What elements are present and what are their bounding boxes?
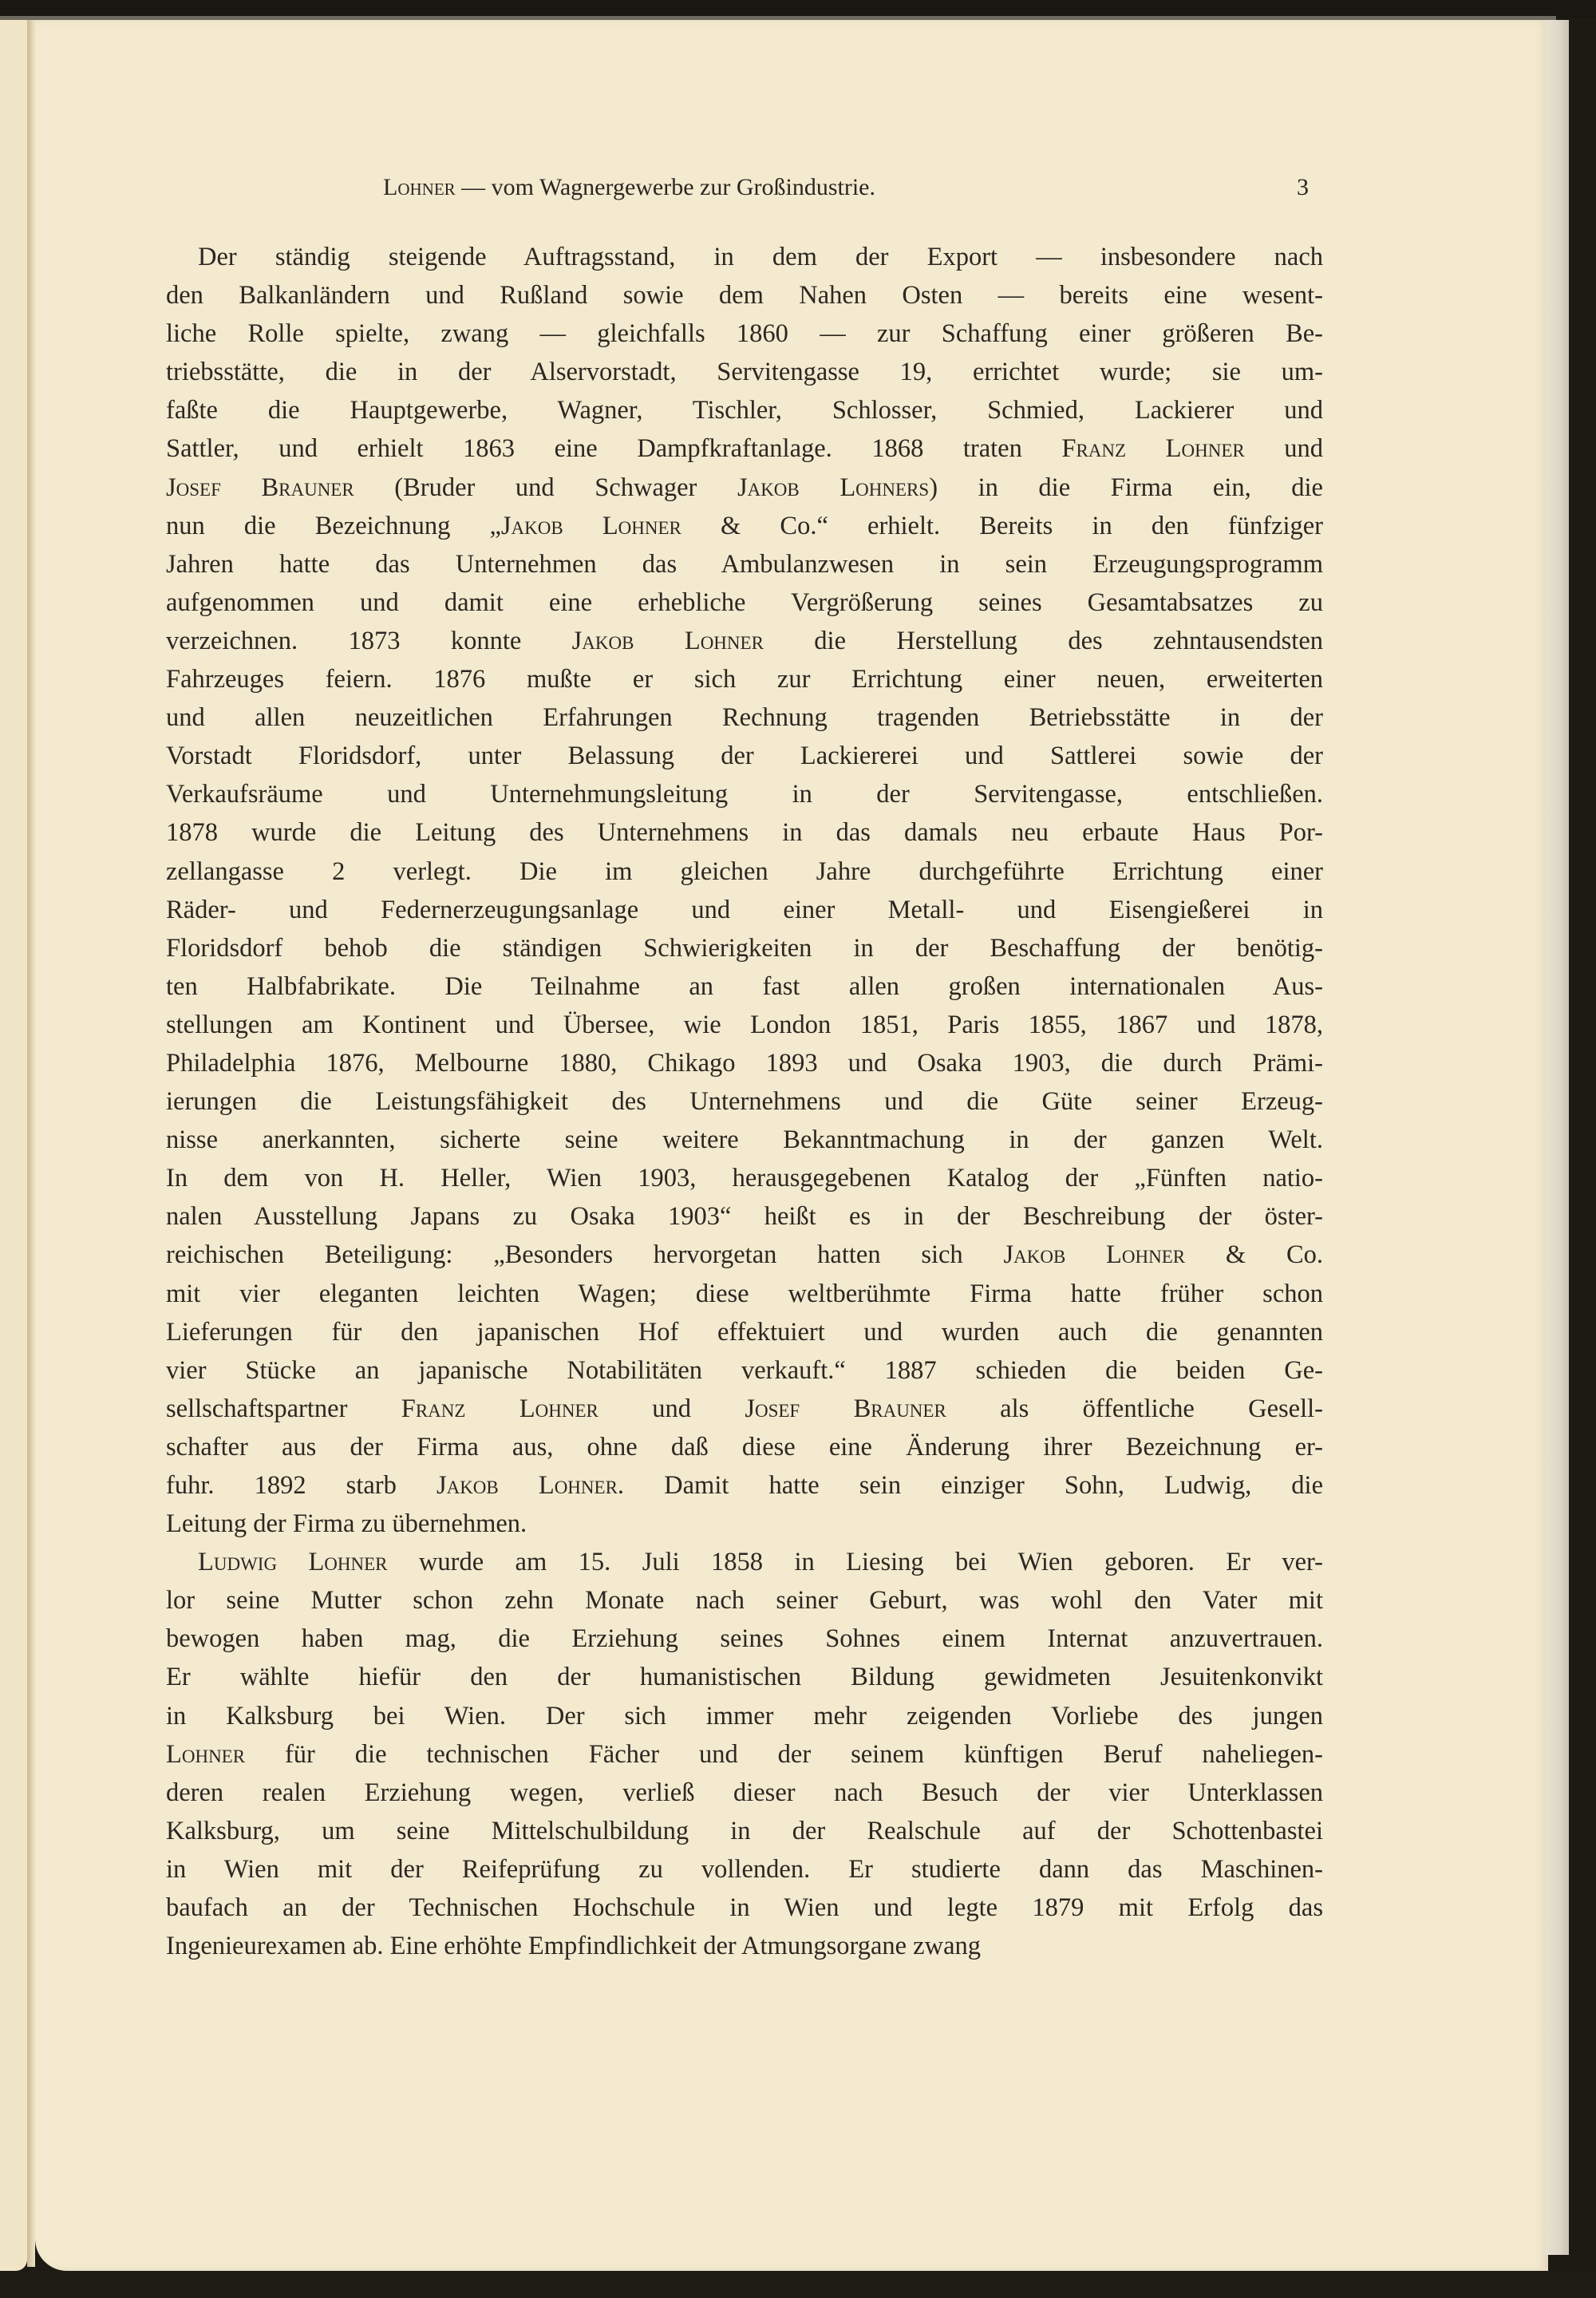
text-run: Lieferungen für den japanischen Hof effe…	[166, 1318, 1323, 1347]
text-run: Der ständig steigende Auftragsstand, in …	[198, 243, 1323, 271]
text-line: und allen neuzeitlichen Erfahrungen Rech…	[166, 698, 1323, 737]
page-number: 3	[1297, 174, 1309, 201]
body-text: Der ständig steigende Auftragsstand, in …	[166, 238, 1323, 1965]
text-line: sellschaftspartner Franz Lohner und Jose…	[166, 1390, 1323, 1428]
text-run: und	[598, 1394, 745, 1423]
text-line: Lieferungen für den japanischen Hof effe…	[166, 1313, 1323, 1351]
running-title: Lohner — vom Wagnergewerbe zur Großindus…	[383, 174, 875, 201]
text-run: Ingenieurexamen ab. Eine erhöhte Empfind…	[166, 1932, 981, 1960]
text-run: und allen neuzeitlichen Erfahrungen Rech…	[166, 703, 1323, 732]
text-run: deren realen Erziehung wegen, verließ di…	[166, 1778, 1323, 1807]
text-run: in Wien mit der Reifeprüfung zu vollende…	[166, 1855, 1323, 1884]
text-line: Der ständig steigende Auftragsstand, in …	[166, 238, 1323, 276]
small-caps-name: Jakob Lohners	[737, 473, 929, 502]
text-line: Sattler, und erhielt 1863 eine Dampfkraf…	[166, 429, 1323, 468]
text-line: Kalksburg, um seine Mittelschulbildung i…	[166, 1812, 1323, 1850]
text-line: 1878 wurde die Leitung des Unternehmens …	[166, 813, 1323, 852]
text-run: stellungen am Kontinent und Übersee, wie…	[166, 1011, 1323, 1039]
small-caps-name: Josef Brauner	[166, 473, 354, 502]
small-caps-name: Lohner	[166, 1740, 245, 1769]
running-title-name: Lohner	[383, 174, 456, 200]
small-caps-name: Josef Brauner	[745, 1394, 946, 1423]
small-caps-name: Franz Lohner	[401, 1394, 598, 1423]
text-line: ten Halbfabrikate. Die Teilnahme an fast…	[166, 967, 1323, 1006]
text-run: ten Halbfabrikate. Die Teilnahme an fast…	[166, 972, 1323, 1001]
text-line: Räder- und Federnerzeugungsanlage und ei…	[166, 891, 1323, 929]
text-run: liche Rolle spielte, zwang — gleichfalls…	[166, 319, 1323, 348]
text-run: 1878 wurde die Leitung des Unternehmens …	[166, 818, 1323, 847]
text-run: lor seine Mutter schon zehn Monate nach …	[166, 1586, 1323, 1615]
scanner-background-bottom	[0, 2271, 1596, 2298]
text-run: und	[1245, 434, 1323, 463]
text-run: Kalksburg, um seine Mittelschulbildung i…	[166, 1817, 1323, 1845]
text-run: nun die Bezeichnung „	[166, 512, 501, 540]
text-run: Vorstadt Floridsdorf, unter Belassung de…	[166, 742, 1323, 770]
scanner-background-top	[0, 0, 1596, 18]
text-run: Er wählte hiefür den der humanistischen …	[166, 1663, 1323, 1691]
text-line: Lohner für die technischen Fächer und de…	[166, 1735, 1323, 1774]
text-run: für die technischen Fächer und der seine…	[245, 1740, 1323, 1769]
text-line: in Kalksburg bei Wien. Der sich immer me…	[166, 1697, 1323, 1735]
text-line: reichischen Beteiligung: „Besonders herv…	[166, 1236, 1323, 1274]
text-line: Fahrzeuges feiern. 1876 mußte er sich zu…	[166, 660, 1323, 698]
text-run: ierungen die Leistungsfähigkeit des Unte…	[166, 1087, 1323, 1116]
text-run: & Co.	[1185, 1240, 1323, 1269]
text-line: Jahren hatte das Unternehmen das Ambulan…	[166, 545, 1323, 583]
text-line: baufach an der Technischen Hochschule in…	[166, 1889, 1323, 1927]
text-line: schafter aus der Firma aus, ohne daß die…	[166, 1428, 1323, 1466]
text-run: sellschaftspartner	[166, 1394, 401, 1423]
text-run: reichischen Beteiligung: „Besonders herv…	[166, 1240, 1003, 1269]
text-line: den Balkanländern und Rußland sowie dem …	[166, 276, 1323, 314]
small-caps-name: Franz Lohner	[1061, 434, 1244, 463]
text-run: (Bruder und Schwager	[354, 473, 737, 502]
text-line: Philadelphia 1876, Melbourne 1880, Chika…	[166, 1044, 1323, 1082]
text-run: nalen Ausstellung Japans zu Osaka 1903“ …	[166, 1202, 1323, 1231]
text-line: Josef Brauner (Bruder und Schwager Jakob…	[166, 469, 1323, 507]
text-run: aufgenommen und damit eine erhebliche Ve…	[166, 588, 1323, 617]
text-run: den Balkanländern und Rußland sowie dem …	[166, 281, 1323, 310]
text-run: triebsstätte, die in der Alservorstadt, …	[166, 358, 1323, 386]
text-line: nisse anerkannten, sicherte seine weiter…	[166, 1121, 1323, 1159]
text-line: Floridsdorf behob die ständigen Schwieri…	[166, 929, 1323, 967]
small-caps-name: Jakob Lohner	[1003, 1240, 1185, 1269]
small-caps-name: Ludwig Lohner	[198, 1548, 388, 1576]
text-line: in Wien mit der Reifeprüfung zu vollende…	[166, 1850, 1323, 1889]
text-run: Jahren hatte das Unternehmen das Ambulan…	[166, 550, 1323, 579]
text-line: faßte die Hauptgewerbe, Wagner, Tischler…	[166, 391, 1323, 429]
text-run: bewogen haben mag, die Erziehung seines …	[166, 1624, 1323, 1653]
text-run: faßte die Hauptgewerbe, Wagner, Tischler…	[166, 396, 1323, 425]
text-run: & Co.“ erhielt. Bereits in den fünfziger	[681, 512, 1323, 540]
text-line: stellungen am Kontinent und Übersee, wie…	[166, 1006, 1323, 1044]
running-title-rest: — vom Wagnergewerbe zur Großindustrie.	[456, 174, 875, 200]
text-line: liche Rolle spielte, zwang — gleichfalls…	[166, 314, 1323, 353]
text-line: zellangasse 2 verlegt. Die im gleichen J…	[166, 852, 1323, 891]
text-run: Leitung der Firma zu übernehmen.	[166, 1509, 527, 1538]
text-run: Räder- und Federnerzeugungsanlage und ei…	[166, 896, 1323, 924]
page-right-edge	[1545, 20, 1569, 2255]
text-run: wurde am 15. Juli 1858 in Liesing bei Wi…	[388, 1548, 1323, 1576]
text-run: die Herstellung des zehntausendsten	[764, 627, 1323, 655]
text-line: Vorstadt Floridsdorf, unter Belassung de…	[166, 737, 1323, 775]
small-caps-name: Jakob Lohner	[501, 512, 681, 540]
text-run: fuhr. 1892 starb	[166, 1471, 437, 1500]
text-line: nun die Bezeichnung „Jakob Lohner & Co.“…	[166, 507, 1323, 545]
text-line: Er wählte hiefür den der humanistischen …	[166, 1658, 1323, 1696]
text-run: schafter aus der Firma aus, ohne daß die…	[166, 1433, 1323, 1461]
text-line: verzeichnen. 1873 konnte Jakob Lohner di…	[166, 622, 1323, 660]
text-run: als öffentliche Gesell-	[946, 1394, 1323, 1423]
text-run: baufach an der Technischen Hochschule in…	[166, 1893, 1323, 1922]
text-run: Fahrzeuges feiern. 1876 mußte er sich zu…	[166, 665, 1323, 694]
text-run: zellangasse 2 verlegt. Die im gleichen J…	[166, 857, 1323, 886]
text-line: In dem von H. Heller, Wien 1903, herausg…	[166, 1159, 1323, 1197]
book-gutter	[27, 20, 35, 2267]
text-line: triebsstätte, die in der Alservorstadt, …	[166, 353, 1323, 391]
text-run: verzeichnen. 1873 konnte	[166, 627, 572, 655]
text-line: deren realen Erziehung wegen, verließ di…	[166, 1774, 1323, 1812]
text-run: Verkaufsräume und Unternehmungsleitung i…	[166, 780, 1323, 809]
text-line: aufgenommen und damit eine erhebliche Ve…	[166, 583, 1323, 622]
text-run: Philadelphia 1876, Melbourne 1880, Chika…	[166, 1049, 1323, 1078]
text-line: ierungen die Leistungsfähigkeit des Unte…	[166, 1082, 1323, 1121]
text-line: mit vier eleganten leichten Wagen; diese…	[166, 1275, 1323, 1313]
text-line: bewogen haben mag, die Erziehung seines …	[166, 1620, 1323, 1658]
text-run: In dem von H. Heller, Wien 1903, herausg…	[166, 1164, 1323, 1193]
paragraph: Der ständig steigende Auftragsstand, in …	[166, 238, 1323, 1543]
text-run: Sattler, und erhielt 1863 eine Dampfkraf…	[166, 434, 1061, 463]
small-caps-name: Jakob Lohner	[437, 1471, 618, 1500]
text-line: vier Stücke an japanische Notabilitäten …	[166, 1351, 1323, 1390]
text-run: ) in die Firma ein, die	[929, 473, 1323, 502]
text-run: . Damit hatte sein einziger Sohn, Ludwig…	[618, 1471, 1323, 1500]
text-run: mit vier eleganten leichten Wagen; diese…	[166, 1280, 1323, 1308]
running-header: Lohner — vom Wagnergewerbe zur Großindus…	[383, 174, 1309, 201]
facing-page-edge	[0, 20, 27, 2271]
text-run: Floridsdorf behob die ständigen Schwieri…	[166, 934, 1323, 963]
small-caps-name: Jakob Lohner	[572, 627, 764, 655]
paragraph: Ludwig Lohner wurde am 15. Juli 1858 in …	[166, 1543, 1323, 1965]
text-run: vier Stücke an japanische Notabilitäten …	[166, 1356, 1323, 1385]
text-line: fuhr. 1892 starb Jakob Lohner. Damit hat…	[166, 1466, 1323, 1505]
text-line: Ingenieurexamen ab. Eine erhöhte Empfind…	[166, 1927, 1323, 1965]
text-line: lor seine Mutter schon zehn Monate nach …	[166, 1581, 1323, 1620]
text-line: Ludwig Lohner wurde am 15. Juli 1858 in …	[166, 1543, 1323, 1581]
text-run: in Kalksburg bei Wien. Der sich immer me…	[166, 1702, 1323, 1730]
text-line: Verkaufsräume und Unternehmungsleitung i…	[166, 775, 1323, 813]
text-line: Leitung der Firma zu übernehmen.	[166, 1505, 1323, 1543]
text-line: nalen Ausstellung Japans zu Osaka 1903“ …	[166, 1197, 1323, 1236]
text-run: nisse anerkannten, sicherte seine weiter…	[166, 1125, 1323, 1154]
